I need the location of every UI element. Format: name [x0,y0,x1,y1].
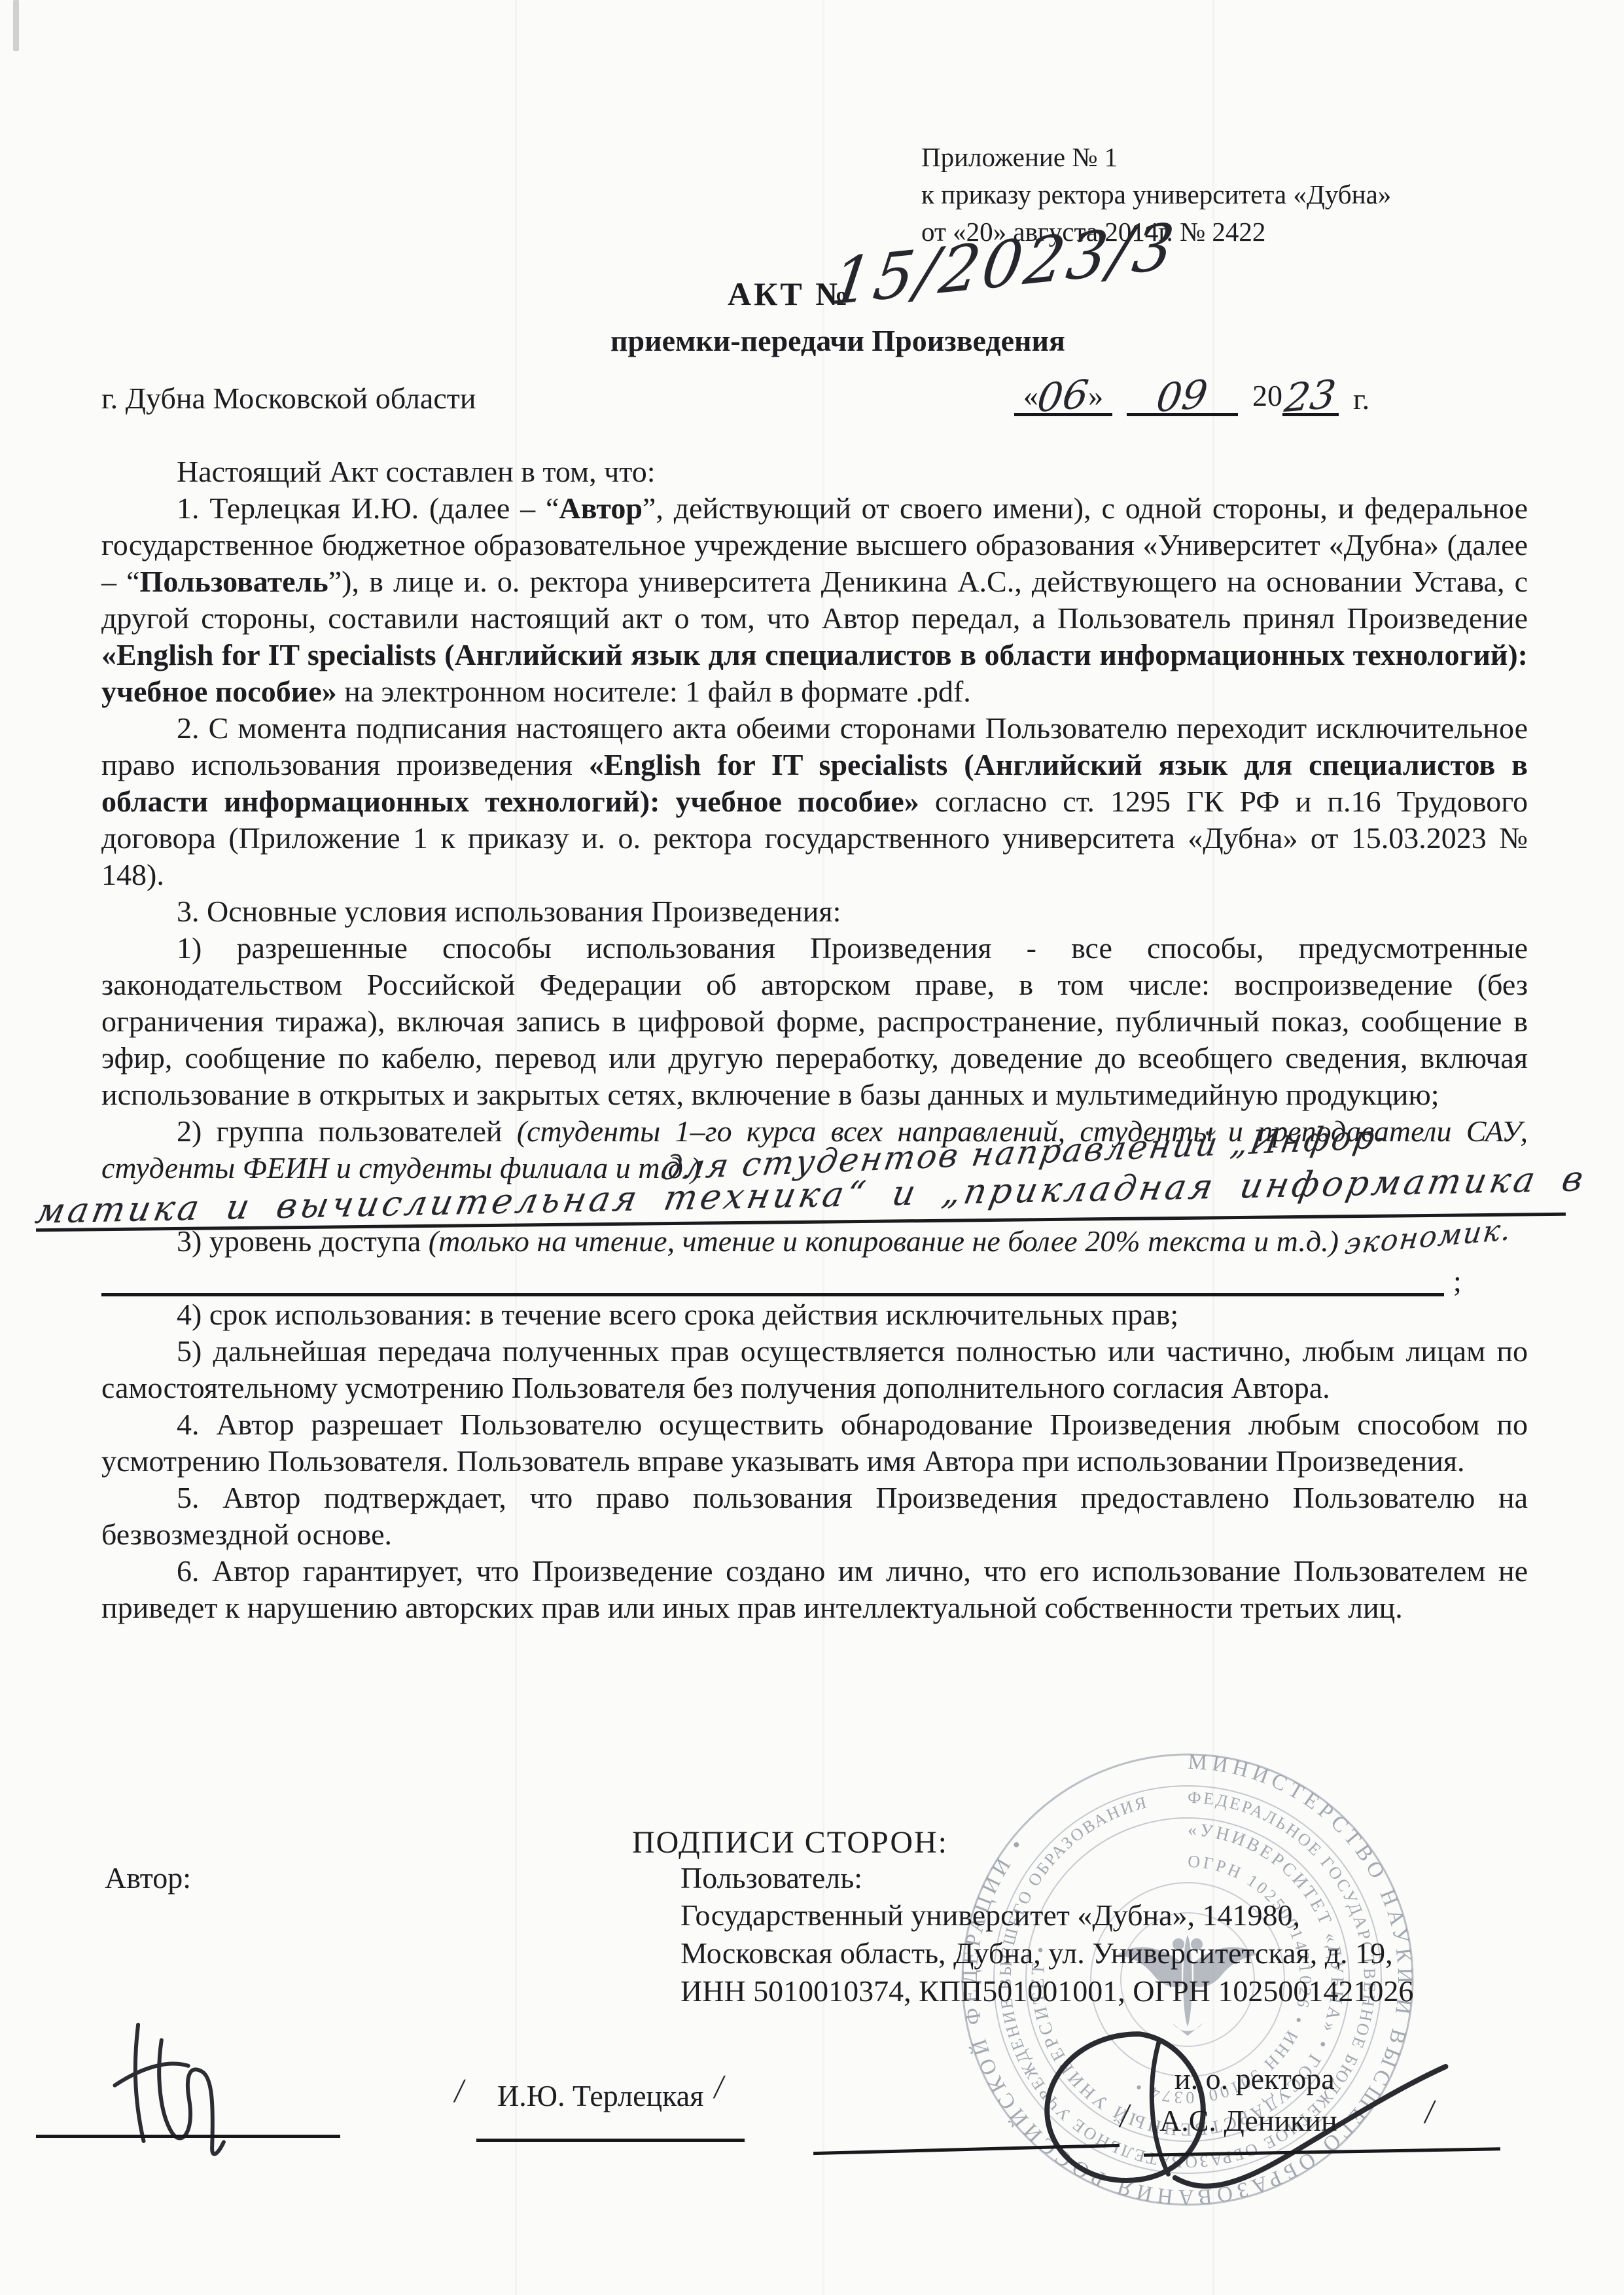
place-label: г. Дубна Московской области [101,382,476,415]
author-name: И.Ю. Терлецкая [497,2078,703,2113]
slash: / [712,2068,727,2107]
date-day-field: «06» [1014,373,1112,416]
author-label: Автор: [105,1860,191,1895]
rector-position: и. о. ректора [1174,2061,1335,2096]
clause-3: 3. Основные условия использования Произв… [101,893,1528,930]
intro-paragraph: Настоящий Акт составлен в том, что: [101,454,1528,490]
scanned-act-document: Приложение № 1 к приказу ректора универс… [0,0,1624,2295]
clause-3-item-4: 4) срок использования: в течение всего с… [101,1296,1528,1333]
date-month-field: 09 [1127,373,1238,416]
act-subtitle: приемки-передачи Произведения [610,323,1065,358]
semicolon: ; [1453,1266,1462,1296]
blank-fill-line: ; [101,1260,1528,1296]
author-name-line [476,2139,745,2142]
month-handwritten: 09 [1154,375,1210,418]
year-prefix: 20 [1252,379,1282,412]
clause-6: 6. Автор гарантирует, что Произведение с… [101,1553,1528,1626]
quote-close: » [1088,379,1103,412]
year-handwritten: 23 [1282,375,1338,418]
annex-line: к приказу ректора университета «Дубна» [921,176,1549,213]
clause-5: 5. Автор подтверждает, что право пользов… [101,1480,1528,1553]
clause-1: 1. Терлецкая И.Ю. (далее – “Автор”, дейс… [101,490,1528,710]
author-signature-line [36,2135,340,2138]
user-address: Московская область, Дубна, ул. Университ… [680,1936,1393,1970]
annex-line: Приложение № 1 [921,139,1549,176]
clause-2: 2. С момента подписания настоящего акта … [101,710,1528,893]
user-registration-ids: ИНН 5010010374, КПП501001001, ОГРН 10250… [680,1974,1413,2008]
slash: / [452,2072,467,2110]
document-body: Настоящий Акт составлен в том, что: 1. Т… [101,454,1528,1626]
clause-3-item-3: 3) уровень доступа (только на чтение, чт… [101,1223,1528,1260]
signatures-heading: ПОДПИСИ СТОРОН: [632,1824,948,1860]
user-organization: Государственный университет «Дубна», 141… [680,1898,1300,1932]
clause-3-item-1: 1) разрешенные способы использования Про… [101,930,1528,1113]
author-signature [86,2002,306,2173]
date-fields: «06» 09 2023 г. [1014,373,1369,416]
rector-name: А.С. Деникин [1159,2103,1337,2138]
clause-4: 4. Автор разрешает Пользователю осуществ… [101,1406,1528,1480]
year-suffix: г. [1353,382,1369,416]
date-year-field: 2023 [1252,373,1339,416]
place-date-row: г. Дубна Московской области «06» 09 2023… [101,381,1528,416]
blank-underline [101,1264,1444,1296]
scan-corner-artifact [13,0,19,51]
clause-3-item-5: 5) дальнейшая передача полученных прав о… [101,1333,1528,1406]
day-handwritten: 06 [1035,375,1091,418]
handwritten-insert-line3: экономик. [1343,1211,1514,1263]
user-label: Пользователь: [680,1860,862,1895]
clause-3-item-2: 2) группа пользователей (студенты 1–го к… [101,1113,1528,1186]
